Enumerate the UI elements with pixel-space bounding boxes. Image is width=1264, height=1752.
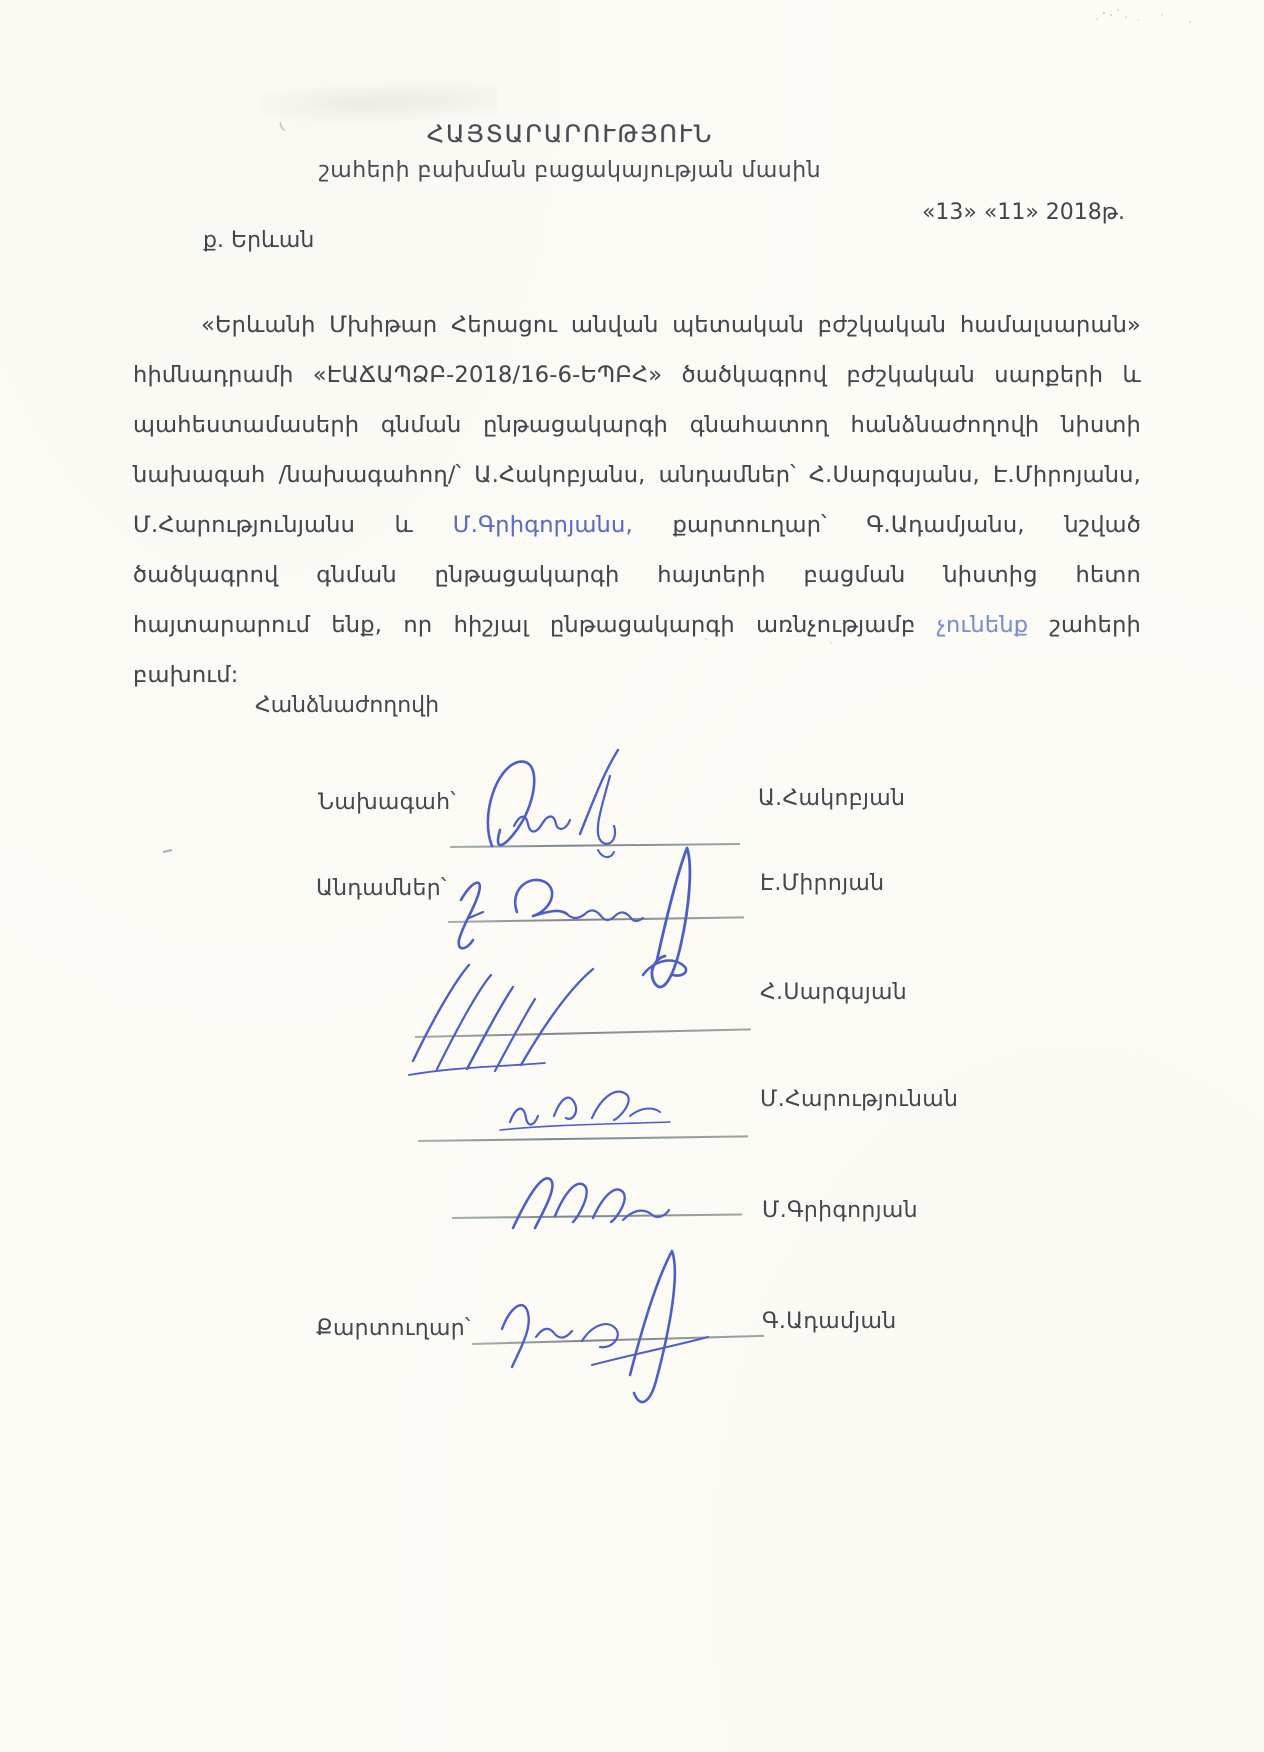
scan-smudge: [262, 80, 497, 125]
signatory-name-sargsyan: Հ.Սարգսյան: [760, 980, 907, 1005]
signatory-name-adamyan: Գ.Ադամյան: [762, 1309, 896, 1334]
body-paragraph: «Երևանի Մխիթար Հերացու անվան պետական բժշ…: [133, 300, 1141, 700]
document-title: ՀԱՅՏԱՐԱՐՈՒԹՅՈՒՆ: [0, 120, 1140, 148]
city-line: ք. Երևան: [203, 228, 314, 253]
signatory-name-harutyunyan: Մ.Հարությունան: [760, 1087, 958, 1112]
date-line: «13» «11» 2018թ.: [880, 200, 1125, 225]
role-label-chairman: Նախագահ՝: [318, 790, 456, 815]
signature-harutyunyan: [470, 1060, 730, 1150]
signatory-name-hakobyan: Ա.Հակոբյան: [758, 786, 905, 811]
body-text-segment: «Երևանի Մխիթար Հերացու անվան պետական բժշ…: [133, 312, 1141, 538]
role-label-secretary: Քարտուղար՝: [316, 1316, 471, 1341]
commission-label: Հանձնաժողովի: [255, 693, 439, 718]
body-text-segment-light: չունենք: [937, 612, 1029, 638]
body-text-segment-blue: Մ.Գրիգորյանս,: [453, 512, 633, 538]
signature-adamyan: [460, 1245, 740, 1415]
scan-specks: [1103, 12, 1105, 14]
signatory-name-grigoryan: Մ.Գրիգորյան: [762, 1198, 918, 1223]
scan-dash-mark: [163, 849, 172, 853]
document-subtitle: շահերի բախման բացակայության մասին: [0, 158, 1140, 183]
signature-grigoryan: [485, 1160, 715, 1250]
document-page: ՀԱՅՏԱՐԱՐՈՒԹՅՈՒՆ շահերի բախման բացակայութ…: [0, 0, 1264, 1752]
signatory-name-miroyan: Է.Միրոյան: [760, 871, 884, 896]
